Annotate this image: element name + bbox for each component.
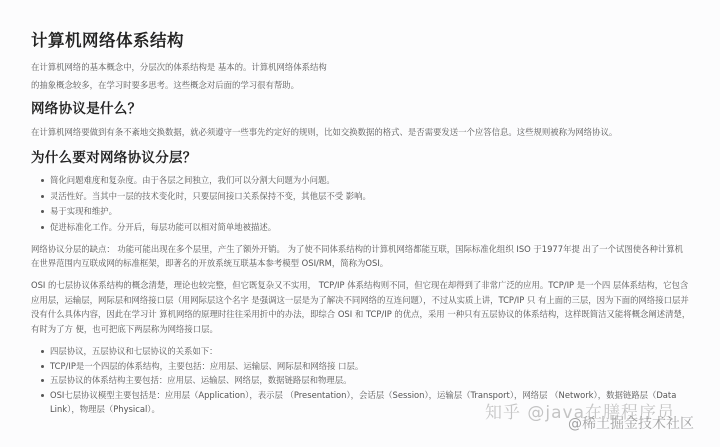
list-item: 五层协议的体系结构主要包括：应用层、运输层、网络层，数据链路层和物理层。 bbox=[41, 373, 691, 388]
document-page: 计算机网络体系结构 在计算机网络的基本概念中，分层次的体系结构是 基本的。计算机… bbox=[0, 0, 720, 447]
list-item: TCP/IP是一个四层的体系结构，主要包括：应用层、运输层、网际层和网络接 口层… bbox=[41, 359, 691, 374]
protocol-definition-paragraph: 在计算机网络要做到有条不紊地交换数据，就必须遵守一些事先约定好的规则，比如交换数… bbox=[31, 124, 691, 140]
list-item: 四层协议，五层协议和七层协议的关系如下： bbox=[41, 344, 691, 359]
osi-tcpip-paragraph: OSI 的七层协议体系结构的概念清楚，理论也较完整，但它既复杂又不实用， TCP… bbox=[31, 278, 691, 336]
article-title: 计算机网络体系结构 bbox=[31, 30, 691, 52]
list-item-text: 促进标准化工作。分开后，每层功能可以相对简单地被描述。 bbox=[50, 222, 276, 232]
list-item: 简化问题难度和复杂度。由于各层之间独立，我们可以分割大问题为小问题。 bbox=[41, 173, 691, 189]
bullet-icon bbox=[41, 365, 44, 368]
juejin-watermark: @稀土掘金技术社区 bbox=[568, 413, 694, 433]
list-item-text: 灵活性好。当其中一层的技术变化时，只要层间接口关系保持不变，其他层不受 影响。 bbox=[50, 191, 371, 201]
bullet-icon bbox=[41, 350, 44, 353]
bullet-icon bbox=[41, 195, 44, 198]
layering-drawback-paragraph: 网络协议分层的缺点： 功能可能出现在多个层里，产生了额外开销。 为了使不同体系结… bbox=[31, 242, 691, 270]
article-content: 计算机网络体系结构 在计算机网络的基本概念中，分层次的体系结构是 基本的。计算机… bbox=[31, 30, 691, 417]
list-item-text: 易于实现和维护。 bbox=[50, 206, 117, 216]
bullet-icon bbox=[41, 210, 44, 213]
bullet-icon bbox=[41, 394, 44, 397]
layering-reasons-list: 简化问题难度和复杂度。由于各层之间独立，我们可以分割大问题为小问题。 灵活性好。… bbox=[31, 173, 691, 235]
list-item-text: 四层协议，五层协议和七层协议的关系如下： bbox=[50, 346, 218, 356]
intro-paragraph: 在计算机网络的基本概念中，分层次的体系结构是 基本的。计算机网络体系结构的抽象概… bbox=[31, 58, 331, 94]
list-item: 促进标准化工作。分开后，每层功能可以相对简单地被描述。 bbox=[41, 220, 691, 236]
bullet-icon bbox=[41, 179, 44, 182]
bullet-icon bbox=[41, 379, 44, 382]
list-item-text: 五层协议的体系结构主要包括：应用层、运输层、网络层，数据链路层和物理层。 bbox=[50, 375, 352, 385]
list-item: 灵活性好。当其中一层的技术变化时，只要层间接口关系保持不变，其他层不受 影响。 bbox=[41, 189, 691, 205]
list-item-text: TCP/IP是一个四层的体系结构，主要包括：应用层、运输层、网际层和网络接 口层… bbox=[50, 361, 363, 371]
bullet-icon bbox=[41, 226, 44, 229]
section-heading-why-layering: 为什么要对网络协议分层？ bbox=[31, 149, 691, 167]
list-item: 易于实现和维护。 bbox=[41, 204, 691, 220]
section-heading-what-is-protocol: 网络协议是什么？ bbox=[31, 100, 691, 118]
list-item-text: 简化问题难度和复杂度。由于各层之间独立，我们可以分割大问题为小问题。 bbox=[50, 175, 335, 185]
